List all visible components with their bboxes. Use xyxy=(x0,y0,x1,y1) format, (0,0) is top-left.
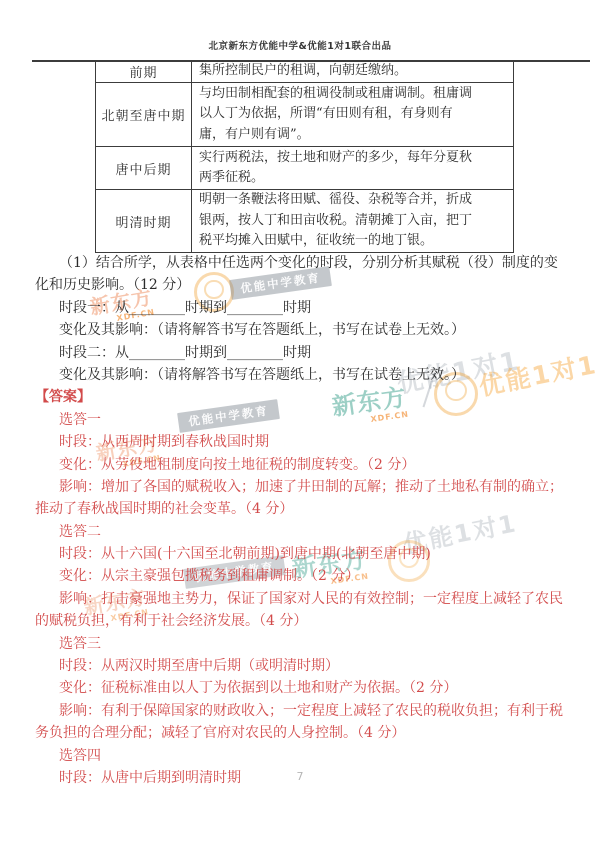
desc-line: 税平均摊入田赋中，征收统一的地丁银。 xyxy=(192,231,513,252)
answer-line: 选答四 xyxy=(35,745,570,767)
answer-line: 时段：从十六国(十六国至北朝前期)到唐中期(北朝至唐中期) xyxy=(35,543,570,565)
desc-line: 集所控制民户的租调，向朝廷缴纳。 xyxy=(192,61,513,82)
answer-line: 变化：从劳役地租制度向按土地征税的制度转变。（2 分） xyxy=(35,454,570,476)
desc-cell: 集所控制民户的租调，向朝廷缴纳。 xyxy=(192,61,514,83)
table-row: 唐中后期 实行两税法，按土地和财产的多少，每年分夏秋 两季征税。 xyxy=(96,147,514,190)
table-row: 北朝至唐中期 与均田制相配套的租调役制或租庸调制。租庸调 以人丁为依据，所谓“有… xyxy=(96,83,514,147)
table-row: 前期 集所控制民户的租调，向朝廷缴纳。 xyxy=(96,61,514,83)
answer-line: 影响：有利于保障国家的财政收入；一定程度上减轻了农民的税收负担；有利于税 xyxy=(35,700,570,722)
desc-line: 与均田制相配套的租调役制或租庸调制。租庸调 xyxy=(192,84,513,105)
answer-line: 务负担的合理分配；减轻了官府对农民的人身控制。（4 分） xyxy=(35,722,570,744)
desc-cell: 与均田制相配套的租调役制或租庸调制。租庸调 以人丁为依据，所谓“有田则有租，有身… xyxy=(192,83,514,147)
question-line: 变化及其影响：（请将解答书写在答题纸上，书写在试卷上无效。） xyxy=(35,319,570,341)
desc-line: 庸，有户则有调”。 xyxy=(192,125,513,146)
answer-line: 时段：从西周时期到春秋战国时期 xyxy=(35,431,570,453)
period-cell: 前期 xyxy=(96,61,192,83)
desc-line: 两季征税。 xyxy=(192,168,513,189)
question-blank-line: 时段一：从________时期到________时期 xyxy=(35,297,570,319)
answer-line: 变化：征税标准由以人丁为依据到以土地和财产为依据。（2 分） xyxy=(35,677,570,699)
page-header: 北京新东方优能中学&优能1对1联合出品 xyxy=(0,38,600,52)
publisher-title: 北京新东方优能中学&优能1对1联合出品 xyxy=(208,41,391,52)
exam-page: 北京新东方优能中学&优能1对1联合出品 优能中学教育 新东方 XDF.CN 优能… xyxy=(0,0,600,848)
question-blank-line: 时段二：从________时期到________时期 xyxy=(35,342,570,364)
table-row: 明清时期 明朝一条鞭法将田赋、徭役、杂税等合并，折成 银两，按人丁和田亩收税。清… xyxy=(96,190,514,253)
page-number: 7 xyxy=(0,770,600,783)
answer-line: 的赋税负担，有利于社会经济发展。（4 分） xyxy=(35,610,570,632)
desc-cell: 明朝一条鞭法将田赋、徭役、杂税等合并，折成 银两，按人丁和田亩收税。清朝摊丁入亩… xyxy=(192,190,514,253)
desc-line: 以人丁为依据，所谓“有田则有租，有身则有 xyxy=(192,104,513,125)
question-line: （1）结合所学，从表格中任选两个变化的时段，分别分析其赋税（役）制度的变 xyxy=(35,252,570,274)
answer-line: 时段：从两汉时期至唐中后期（或明清时期） xyxy=(35,655,570,677)
answer-line: 推动了春秋战国时期的社会变革。（4 分） xyxy=(35,498,570,520)
desc-line: 明朝一条鞭法将田赋、徭役、杂税等合并，折成 xyxy=(192,190,513,211)
question-line: 化和历史影响。（12 分） xyxy=(35,274,570,296)
answer-line: 选答三 xyxy=(35,633,570,655)
tax-system-table: 前期 集所控制民户的租调，向朝廷缴纳。 北朝至唐中期 与均田制相配套的租调役制或… xyxy=(95,60,514,253)
answer-line: 变化：从宗主豪强包揽税务到租庸调制。（2 分） xyxy=(35,565,570,587)
answer-line: 选答二 xyxy=(35,521,570,543)
desc-cell: 实行两税法，按土地和财产的多少，每年分夏秋 两季征税。 xyxy=(192,147,514,190)
answer-line: 选答一 xyxy=(35,409,570,431)
period-cell: 北朝至唐中期 xyxy=(96,83,192,147)
answer-line: 影响：增加了各国的赋税收入；加速了井田制的瓦解；推动了土地私有制的确立； xyxy=(35,476,570,498)
desc-line: 银两，按人丁和田亩收税。清朝摊丁入亩，把丁 xyxy=(192,211,513,232)
period-cell: 明清时期 xyxy=(96,190,192,253)
answer-heading: 【答案】 xyxy=(35,386,570,408)
desc-line: 实行两税法，按土地和财产的多少，每年分夏秋 xyxy=(192,148,513,169)
period-cell: 唐中后期 xyxy=(96,147,192,190)
question-answer-block: （1）结合所学，从表格中任选两个变化的时段，分别分析其赋税（役）制度的变 化和历… xyxy=(35,252,570,789)
answer-line: 影响：打击豪强地主势力，保证了国家对人民的有效控制；一定程度上减轻了农民 xyxy=(35,588,570,610)
question-line: 变化及其影响：（请将解答书写在答题纸上，书写在试卷上无效。） xyxy=(35,364,570,386)
